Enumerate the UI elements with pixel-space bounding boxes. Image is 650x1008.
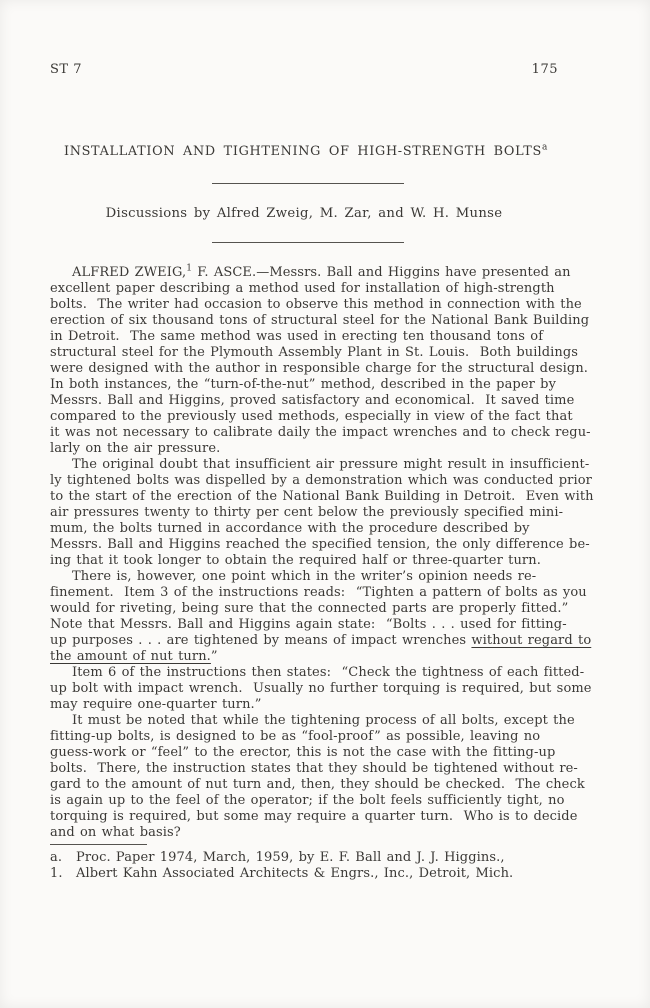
body-line: excellent paper describing a method used… — [50, 281, 610, 297]
journal-page: ST 7 175 INSTALLATION AND TIGHTENING OF … — [0, 0, 650, 1008]
body-line: and on what basis? — [50, 825, 610, 841]
body-line: in Detroit. The same method was used in … — [50, 329, 610, 345]
title-divider-rule — [212, 183, 404, 184]
body-line: air pressures twenty to thirty per cent … — [50, 505, 610, 521]
header-section-label: ST 7 — [50, 62, 82, 77]
body-line: it was not necessary to calibrate daily … — [50, 425, 610, 441]
body-line: mum, the bolts turned in accordance with… — [50, 521, 610, 537]
body-line: compared to the previously used methods,… — [50, 409, 610, 425]
body-line: It must be noted that while the tighteni… — [50, 713, 610, 729]
body-line: Item 6 of the instructions then states: … — [50, 665, 610, 681]
body-line: bolts. There, the instruction states tha… — [50, 761, 610, 777]
body-line: The original doubt that insufficient air… — [50, 457, 610, 473]
body-line: In both instances, the “turn-of-the-nut”… — [50, 377, 610, 393]
body-line: ing that it took longer to obtain the re… — [50, 553, 610, 569]
body-line: finement. Item 3 of the instructions rea… — [50, 585, 610, 601]
body-line: larly on the air pressure. — [50, 441, 610, 457]
page-number: 175 — [532, 62, 558, 77]
body-line: would for riveting, being sure that the … — [50, 601, 610, 617]
body-line: Messrs. Ball and Higgins, proved satisfa… — [50, 393, 610, 409]
running-header: ST 7 175 — [50, 62, 600, 77]
body-line: There is, however, one point which in th… — [50, 569, 610, 585]
document-body: ALFRED ZWEIG,1 F. ASCE.—Messrs. Ball and… — [50, 265, 610, 841]
body-line: Messrs. Ball and Higgins reached the spe… — [50, 537, 610, 553]
article-title: INSTALLATION AND TIGHTENING OF HIGH-STRE… — [0, 144, 631, 159]
body-line: ALFRED ZWEIG,1 F. ASCE.—Messrs. Ball and… — [50, 265, 610, 281]
byline-divider-rule — [212, 242, 404, 243]
footnote-text: Albert Kahn Associated Architects & Engr… — [76, 866, 513, 882]
footnote-list: a.Proc. Paper 1974, March, 1959, by E. F… — [50, 850, 610, 882]
body-line: the amount of nut turn.” — [50, 649, 610, 665]
body-line: fitting-up bolts, is designed to be as “… — [50, 729, 610, 745]
footnote-text: Proc. Paper 1974, March, 1959, by E. F. … — [76, 850, 505, 866]
footnote: a.Proc. Paper 1974, March, 1959, by E. F… — [50, 850, 610, 866]
body-line: to the start of the erection of the Nati… — [50, 489, 610, 505]
body-line: structural steel for the Plymouth Assemb… — [50, 345, 610, 361]
body-line: is again up to the feel of the operator;… — [50, 793, 610, 809]
discussion-byline: Discussions by Alfred Zweig, M. Zar, and… — [0, 206, 629, 221]
footnote-marker: 1. — [50, 866, 76, 882]
body-line: were designed with the author in respons… — [50, 361, 610, 377]
body-line: may require one-quarter turn.” — [50, 697, 610, 713]
body-line: guess-work or “feel” to the erector, thi… — [50, 745, 610, 761]
footnotes: a.Proc. Paper 1974, March, 1959, by E. F… — [50, 844, 610, 882]
footnote-separator-rule — [50, 844, 147, 845]
body-line: up bolt with impact wrench. Usually no f… — [50, 681, 610, 697]
footnote-marker: a. — [50, 850, 76, 866]
body-line: Note that Messrs. Ball and Higgins again… — [50, 617, 610, 633]
body-line: bolts. The writer had occasion to observ… — [50, 297, 610, 313]
body-line: ly tightened bolts was dispelled by a de… — [50, 473, 610, 489]
footnote: 1.Albert Kahn Associated Architects & En… — [50, 866, 610, 882]
body-line: up purposes . . . are tightened by means… — [50, 633, 610, 649]
body-line: erection of six thousand tons of structu… — [50, 313, 610, 329]
body-line: torquing is required, but some may requi… — [50, 809, 610, 825]
body-line: gard to the amount of nut turn and, then… — [50, 777, 610, 793]
